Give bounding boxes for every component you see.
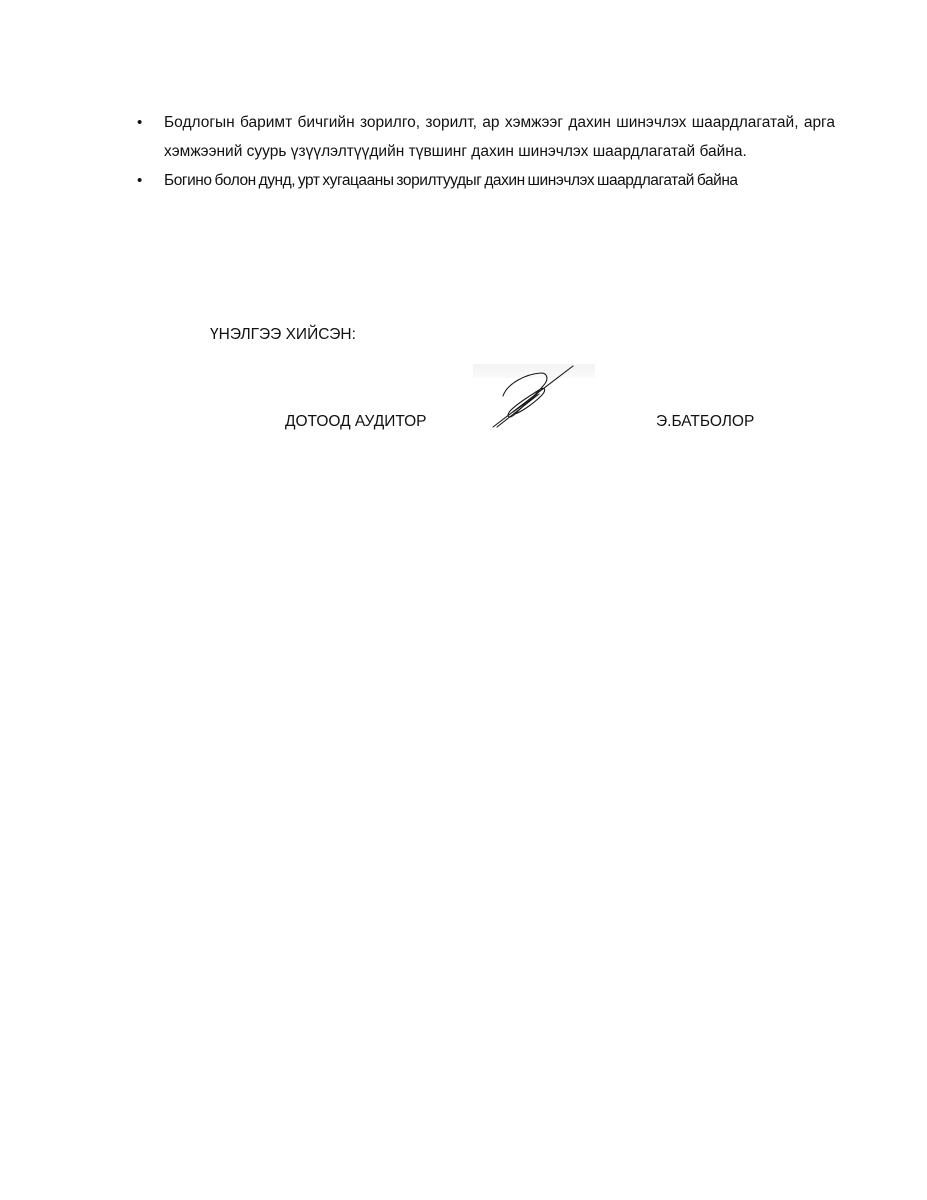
list-item: • Бодлогын баримт бичгийн зорилго, зорил… bbox=[135, 108, 835, 166]
bullet-text: Богино болон дунд, урт хугацааны зорилту… bbox=[164, 172, 738, 189]
signature-icon bbox=[473, 364, 595, 434]
evaluated-by-label: ҮНЭЛГЭЭ ХИЙСЭН: bbox=[210, 326, 356, 344]
bullet-icon: • bbox=[137, 166, 142, 195]
auditor-name: Э.БАТБОЛОР bbox=[656, 413, 754, 431]
bullet-icon: • bbox=[137, 108, 142, 137]
bullet-text: Бодлогын баримт бичгийн зорилго, зорилт,… bbox=[164, 114, 835, 160]
conclusions-list: • Бодлогын баримт бичгийн зорилго, зорил… bbox=[135, 108, 835, 195]
list-item: • Богино болон дунд, урт хугацааны зорил… bbox=[135, 166, 835, 195]
auditor-role: ДОТООД АУДИТОР bbox=[285, 413, 427, 431]
